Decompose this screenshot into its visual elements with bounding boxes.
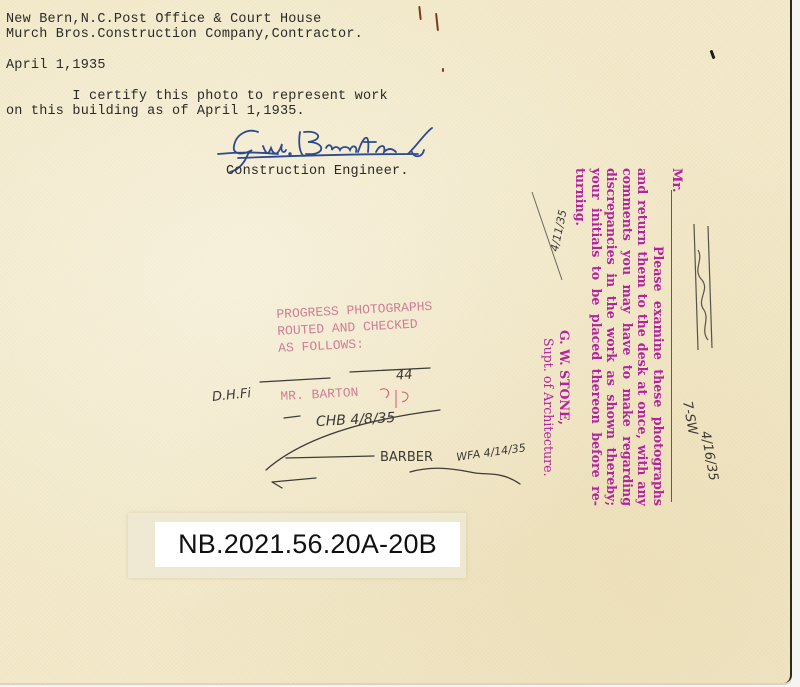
handwritten-date: 4/16/35 (697, 430, 720, 482)
stamp-mr-rule (671, 190, 672, 502)
typed-contractor-line: Murch Bros.Construction Company,Contract… (6, 27, 363, 42)
typed-signer-title: Construction Engineer. (226, 164, 409, 179)
rust-mark (442, 68, 444, 72)
routing-stamp: PROGRESS PHOTOGRAPHS ROUTED AND CHECKED … (276, 298, 434, 357)
stamp-signature: G. W. STONE, Supt. of Architecture. (541, 330, 572, 500)
stamp-body: Please examine these photographs and ret… (573, 168, 666, 506)
typed-certification-line-1: I certify this photo to represent work (6, 89, 388, 104)
pencil-strike-initials (690, 220, 720, 360)
accession-number-label: NB.2021.56.20A-20B (155, 522, 460, 567)
typed-date: April 1,1935 (6, 58, 106, 73)
stamp-signer-title: Supt. of Architecture. (541, 338, 557, 500)
typed-certification-line-2: on this building as of April 1,1935. (6, 104, 305, 119)
pencil-strikes (200, 360, 530, 500)
routing-line-3: AS FOLLOWS: (278, 336, 364, 355)
typed-title-line: New Bern,N.C.Post Office & Court House (6, 12, 321, 27)
rust-mark (418, 6, 421, 20)
ink-mark (710, 50, 716, 59)
stamp-signer-name: G. W. STONE, (557, 330, 572, 425)
rust-mark (435, 13, 439, 31)
document-paper: New Bern,N.C.Post Office & Court House M… (0, 0, 792, 683)
pencil-stroke (530, 190, 570, 290)
